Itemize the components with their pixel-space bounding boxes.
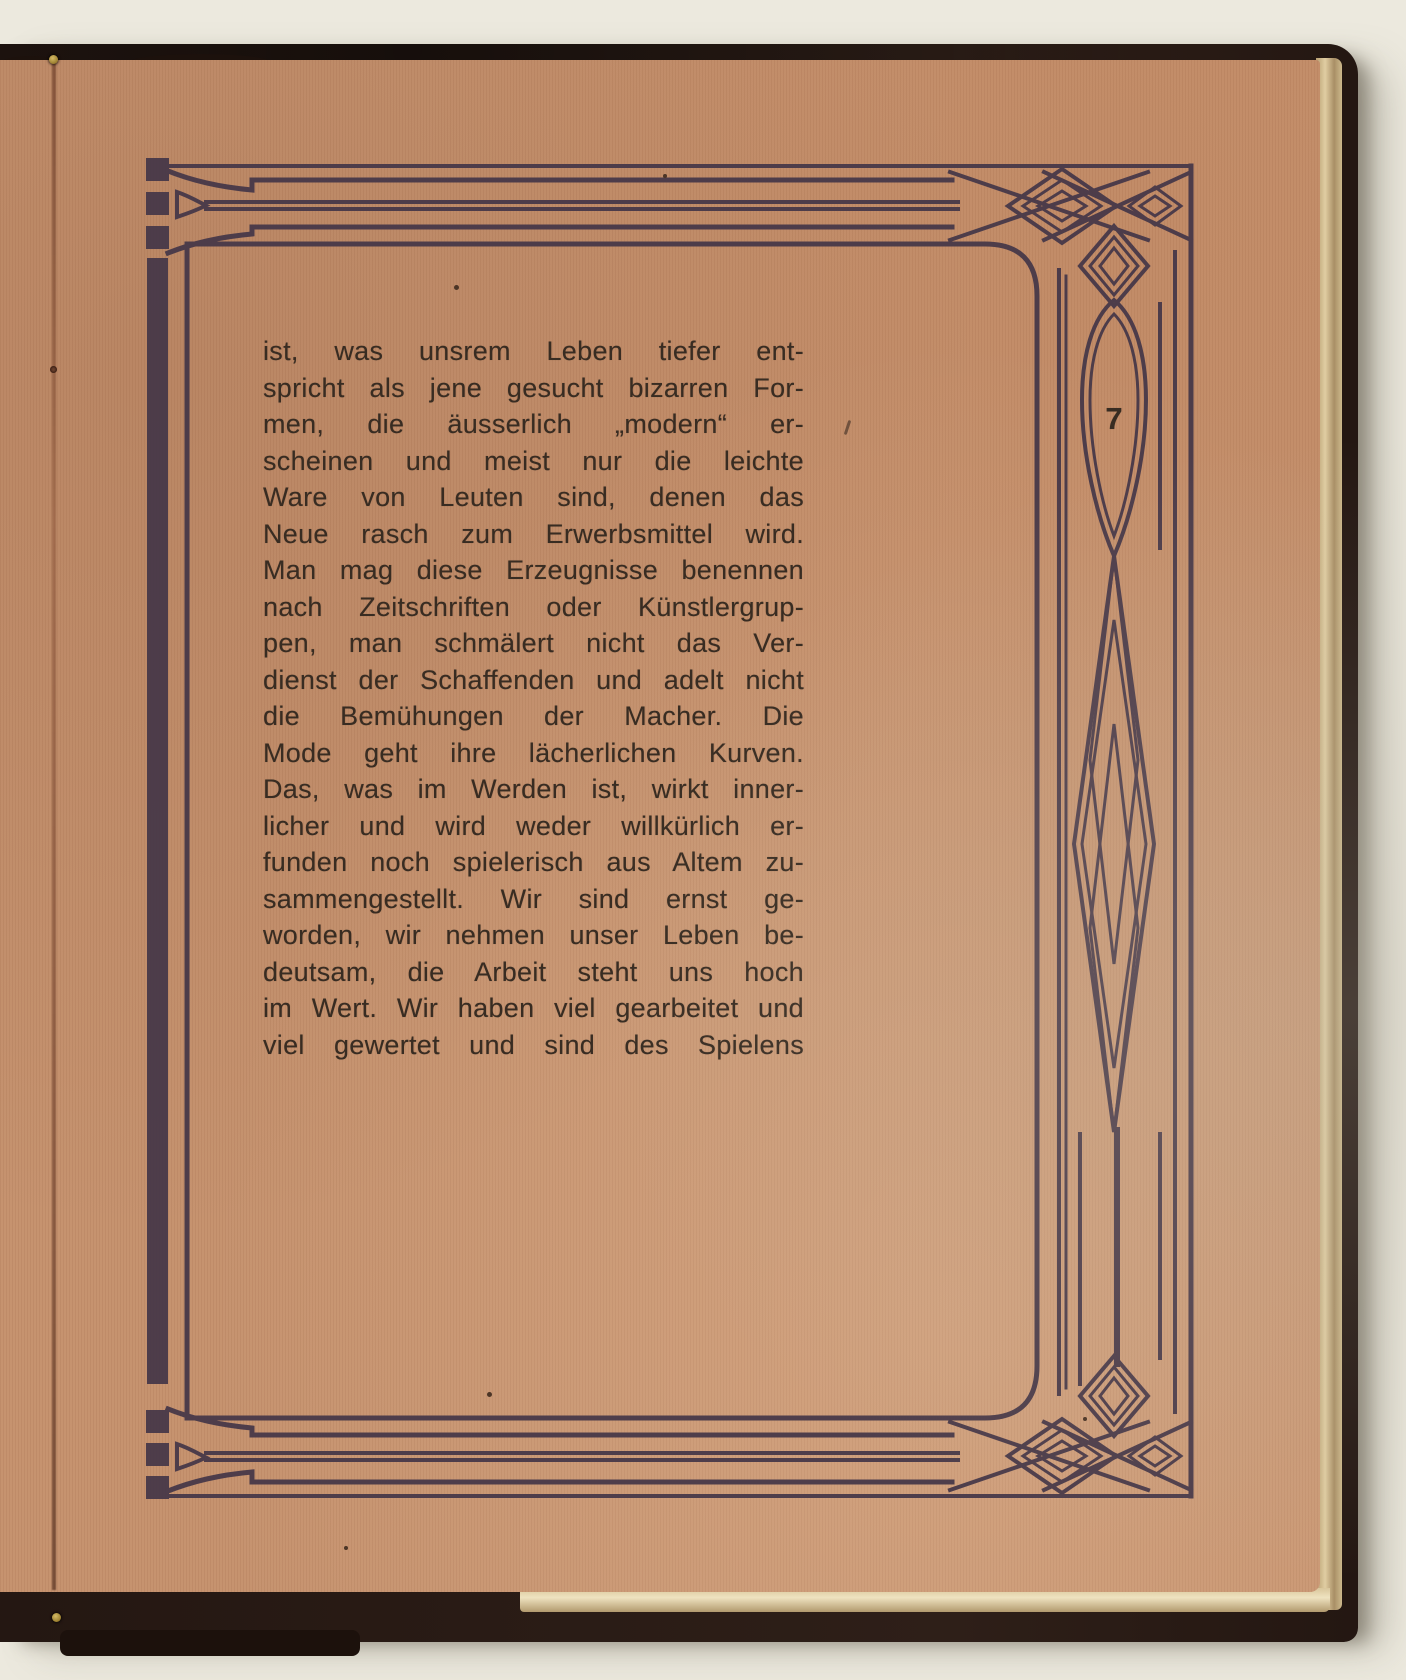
text-line: im Wert. Wir haben viel gearbeitet und bbox=[263, 990, 804, 1027]
text-line: men, die äusserlich „modern“ er- bbox=[263, 406, 804, 443]
text-line: ist, was unsrem Leben tiefer ent- bbox=[263, 333, 804, 370]
paper-speck bbox=[344, 1546, 348, 1550]
paper-speck bbox=[454, 285, 459, 290]
text-line: sammengestellt. Wir sind ernst ge- bbox=[263, 881, 804, 918]
paper-speck bbox=[1083, 1417, 1087, 1421]
frame-right-column bbox=[1059, 166, 1191, 1496]
body-text: ist, was unsrem Leben tiefer ent-spricht… bbox=[263, 333, 804, 1063]
text-line: viel gewertet und sind des Spielens bbox=[263, 1027, 804, 1064]
text-line: deutsam, die Arbeit steht uns hoch bbox=[263, 954, 804, 991]
scanned-book-page: ist, was unsrem Leben tiefer ent-spricht… bbox=[0, 0, 1406, 1680]
paper-speck bbox=[663, 174, 667, 178]
text-line: die Bemühungen der Macher. Die bbox=[263, 698, 804, 735]
text-line: Neue rasch zum Erwerbsmittel wird. bbox=[263, 516, 804, 553]
frame-corner-ornament-top-right bbox=[950, 169, 1191, 306]
frame-left-dash-column bbox=[146, 158, 169, 1499]
text-line: pen, man schmälert nicht das Ver- bbox=[263, 625, 804, 662]
text-line: Ware von Leuten sind, denen das bbox=[263, 479, 804, 516]
page-number: 7 bbox=[1085, 403, 1143, 434]
text-line: Mode geht ihre lächerlichen Kurven. bbox=[263, 735, 804, 772]
text-line: nach Zeitschriften oder Künstlergrup- bbox=[263, 589, 804, 626]
paper-speck bbox=[487, 1392, 492, 1397]
text-line: spricht als jene gesucht bizarren For- bbox=[263, 370, 804, 407]
text-line: scheinen und meist nur die leichte bbox=[263, 443, 804, 480]
frame-diamond-lattice bbox=[1074, 556, 1154, 1132]
sewing-hole bbox=[50, 366, 57, 373]
frame-corner-ornament-bottom-right bbox=[950, 1356, 1191, 1493]
text-line: funden noch spielerisch aus Altem zu- bbox=[263, 844, 804, 881]
text-line: worden, wir nehmen unser Leben be- bbox=[263, 917, 804, 954]
binding-stitch bbox=[49, 55, 58, 64]
text-line: licher und wird weder willkürlich er- bbox=[263, 808, 804, 845]
text-line: Das, was im Werden ist, wirkt inner- bbox=[263, 771, 804, 808]
text-line: dienst der Schaffenden und adelt nicht bbox=[263, 662, 804, 699]
binding-stitch bbox=[52, 1613, 61, 1622]
text-line: Man mag diese Erzeugnisse benennen bbox=[263, 552, 804, 589]
